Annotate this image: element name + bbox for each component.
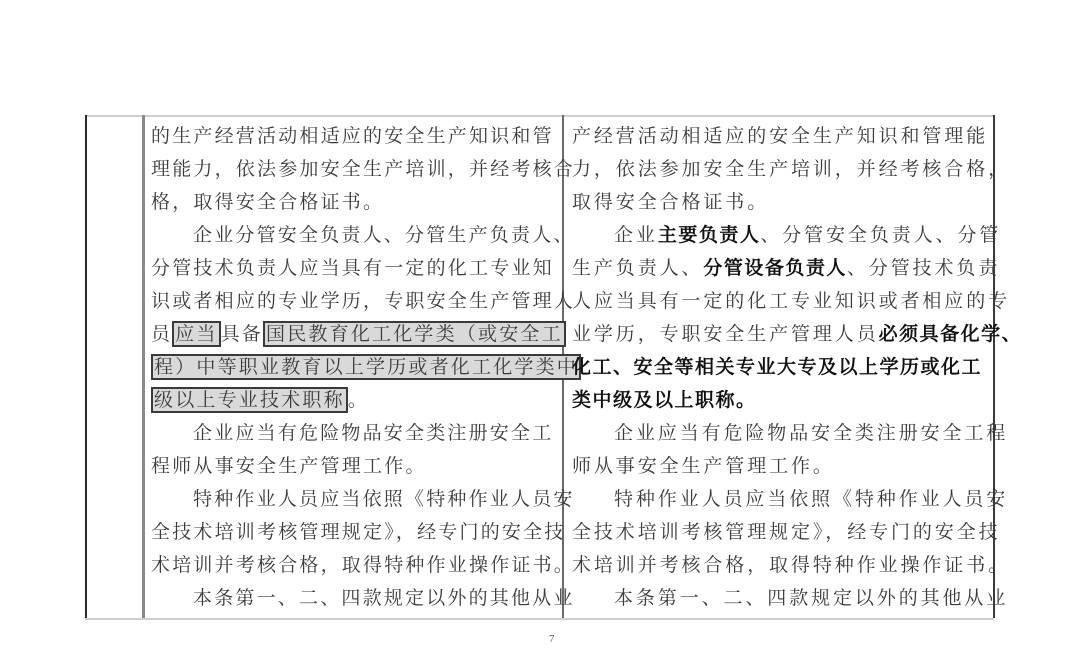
- text-line: 级以上专业技术职称。: [151, 384, 557, 417]
- text-line: 程师从事安全生产管理工作。: [151, 450, 557, 483]
- text-segment: 员: [151, 323, 172, 345]
- text-segment: 程师从事安全生产管理工作。: [151, 455, 427, 477]
- text-line: 格，取得安全合格证书。: [151, 186, 557, 219]
- text-segment: 术培训并考核合格，取得特种作业操作证书。: [572, 554, 1010, 576]
- text-line: 分管技术负责人应当具有一定的化工专业知: [151, 252, 557, 285]
- text-segment: 业学历，专职安全生产管理人员: [572, 323, 879, 345]
- text-line: 特种作业人员应当依照《特种作业人员安: [151, 483, 557, 516]
- text-segment: 特种作业人员应当依照《特种作业人员安: [193, 488, 575, 510]
- text-line: 企业应当有危险物品安全类注册安全工: [151, 417, 557, 450]
- text-segment: 格，取得安全合格证书。: [151, 191, 384, 213]
- text-segment: 分管技术负责人应当具有一定的化工专业知: [151, 257, 554, 279]
- page-number: 7: [549, 633, 555, 645]
- text-line: 全技术培训考核管理规定》，经专门的安全技: [151, 516, 557, 549]
- text-line: 产经营活动相适应的安全生产知识和管理能: [572, 120, 992, 153]
- text-segment: 全技术培训考核管理规定》，经专门的安全技: [572, 521, 1001, 543]
- text-line: 企业主要负责人、分管安全负责人、分管: [572, 219, 992, 252]
- highlighted-text: 国民教育化工化学类（或安全工: [263, 321, 566, 347]
- text-segment: 具备: [221, 323, 263, 345]
- text-segment: 特种作业人员应当依照《特种作业人员安: [614, 488, 1008, 510]
- text-segment: 取得安全合格证书。: [572, 191, 769, 213]
- text-segment: 术培训并考核合格，取得特种作业操作证书。: [151, 554, 575, 576]
- text-segment: 生产负责人、: [572, 257, 703, 279]
- text-segment: 企业应当有危险物品安全类注册安全工程: [614, 422, 1008, 444]
- text-line: 企业应当有危险物品安全类注册安全工程: [572, 417, 992, 450]
- text-segment: 企业应当有危险物品安全类注册安全工: [193, 422, 553, 444]
- text-line: 术培训并考核合格，取得特种作业操作证书。: [572, 549, 992, 582]
- text-segment: 、分管安全负责人、分管: [760, 224, 1001, 246]
- bold-revised-text: 分管设备负责人: [703, 257, 847, 279]
- revised-text-column: 产经营活动相适应的安全生产知识和管理能力，依法参加安全生产培训，并经考核合格，取…: [572, 120, 992, 615]
- text-segment: 企业: [614, 224, 658, 246]
- text-line: 特种作业人员应当依照《特种作业人员安: [572, 483, 992, 516]
- text-line: 程）中等职业教育以上学历或者化工化学类中: [151, 351, 557, 384]
- text-segment: 产经营活动相适应的安全生产知识和管理能: [572, 125, 988, 147]
- highlighted-text: 应当: [172, 321, 220, 347]
- bold-revised-text: 类中级及以上职称。: [572, 389, 757, 411]
- text-segment: 理能力，依法参加安全生产培训，并经考核合: [151, 158, 575, 180]
- text-segment: 全技术培训考核管理规定》，经专门的安全技: [151, 521, 566, 543]
- text-segment: 的生产经营活动相适应的安全生产知识和管: [151, 125, 554, 147]
- original-text-column: 的生产经营活动相适应的安全生产知识和管理能力，依法参加安全生产培训，并经考核合格…: [151, 120, 557, 615]
- text-segment: 企业分管安全负责人、分管生产负责人、: [193, 224, 575, 246]
- text-segment: 师从事安全生产管理工作。: [572, 455, 835, 477]
- text-line: 类中级及以上职称。: [572, 384, 992, 417]
- text-line: 化工、安全等相关专业大专及以上学历或化工: [572, 351, 992, 384]
- text-segment: 。: [348, 389, 369, 411]
- text-line: 生产负责人、分管设备负责人、分管技术负责: [572, 252, 992, 285]
- text-segment: 力，依法参加安全生产培训，并经考核合格，: [572, 158, 1010, 180]
- text-segment: 识或者相应的专业学历，专职安全生产管理人: [151, 290, 575, 312]
- text-line: 全技术培训考核管理规定》，经专门的安全技: [572, 516, 992, 549]
- text-line: 业学历，专职安全生产管理人员必须具备化学、: [572, 318, 992, 351]
- text-line: 本条第一、二、四款规定以外的其他从业: [151, 582, 557, 615]
- table-divider-first-column: [142, 115, 145, 618]
- text-line: 力，依法参加安全生产培训，并经考核合格，: [572, 153, 992, 186]
- bold-revised-text: 化工、安全等相关专业大专及以上学历或化工: [572, 356, 982, 378]
- text-line: 员应当具备国民教育化工化学类（或安全工: [151, 318, 557, 351]
- text-line: 师从事安全生产管理工作。: [572, 450, 992, 483]
- text-line: 理能力，依法参加安全生产培训，并经考核合: [151, 153, 557, 186]
- text-line: 本条第一、二、四款规定以外的其他从业: [572, 582, 992, 615]
- text-segment: 、分管技术负责: [847, 257, 1000, 279]
- bold-revised-text: 主要负责人: [658, 224, 761, 246]
- text-segment: 人应当具有一定的化工专业知识或者相应的专: [572, 290, 1010, 312]
- text-line: 识或者相应的专业学历，专职安全生产管理人: [151, 285, 557, 318]
- text-line: 企业分管安全负责人、分管生产负责人、: [151, 219, 557, 252]
- highlighted-text: 级以上专业技术职称: [151, 387, 348, 413]
- table-border-left: [85, 115, 87, 618]
- bold-revised-text: 必须具备化学、: [879, 323, 1023, 345]
- text-line: 人应当具有一定的化工专业知识或者相应的专: [572, 285, 992, 318]
- text-segment: 本条第一、二、四款规定以外的其他从业: [193, 587, 575, 609]
- text-line: 的生产经营活动相适应的安全生产知识和管: [151, 120, 557, 153]
- text-line: 取得安全合格证书。: [572, 186, 992, 219]
- highlighted-text: 程）中等职业教育以上学历或者化工化学类中: [151, 354, 581, 380]
- text-segment: 本条第一、二、四款规定以外的其他从业: [614, 587, 1008, 609]
- text-line: 术培训并考核合格，取得特种作业操作证书。: [151, 549, 557, 582]
